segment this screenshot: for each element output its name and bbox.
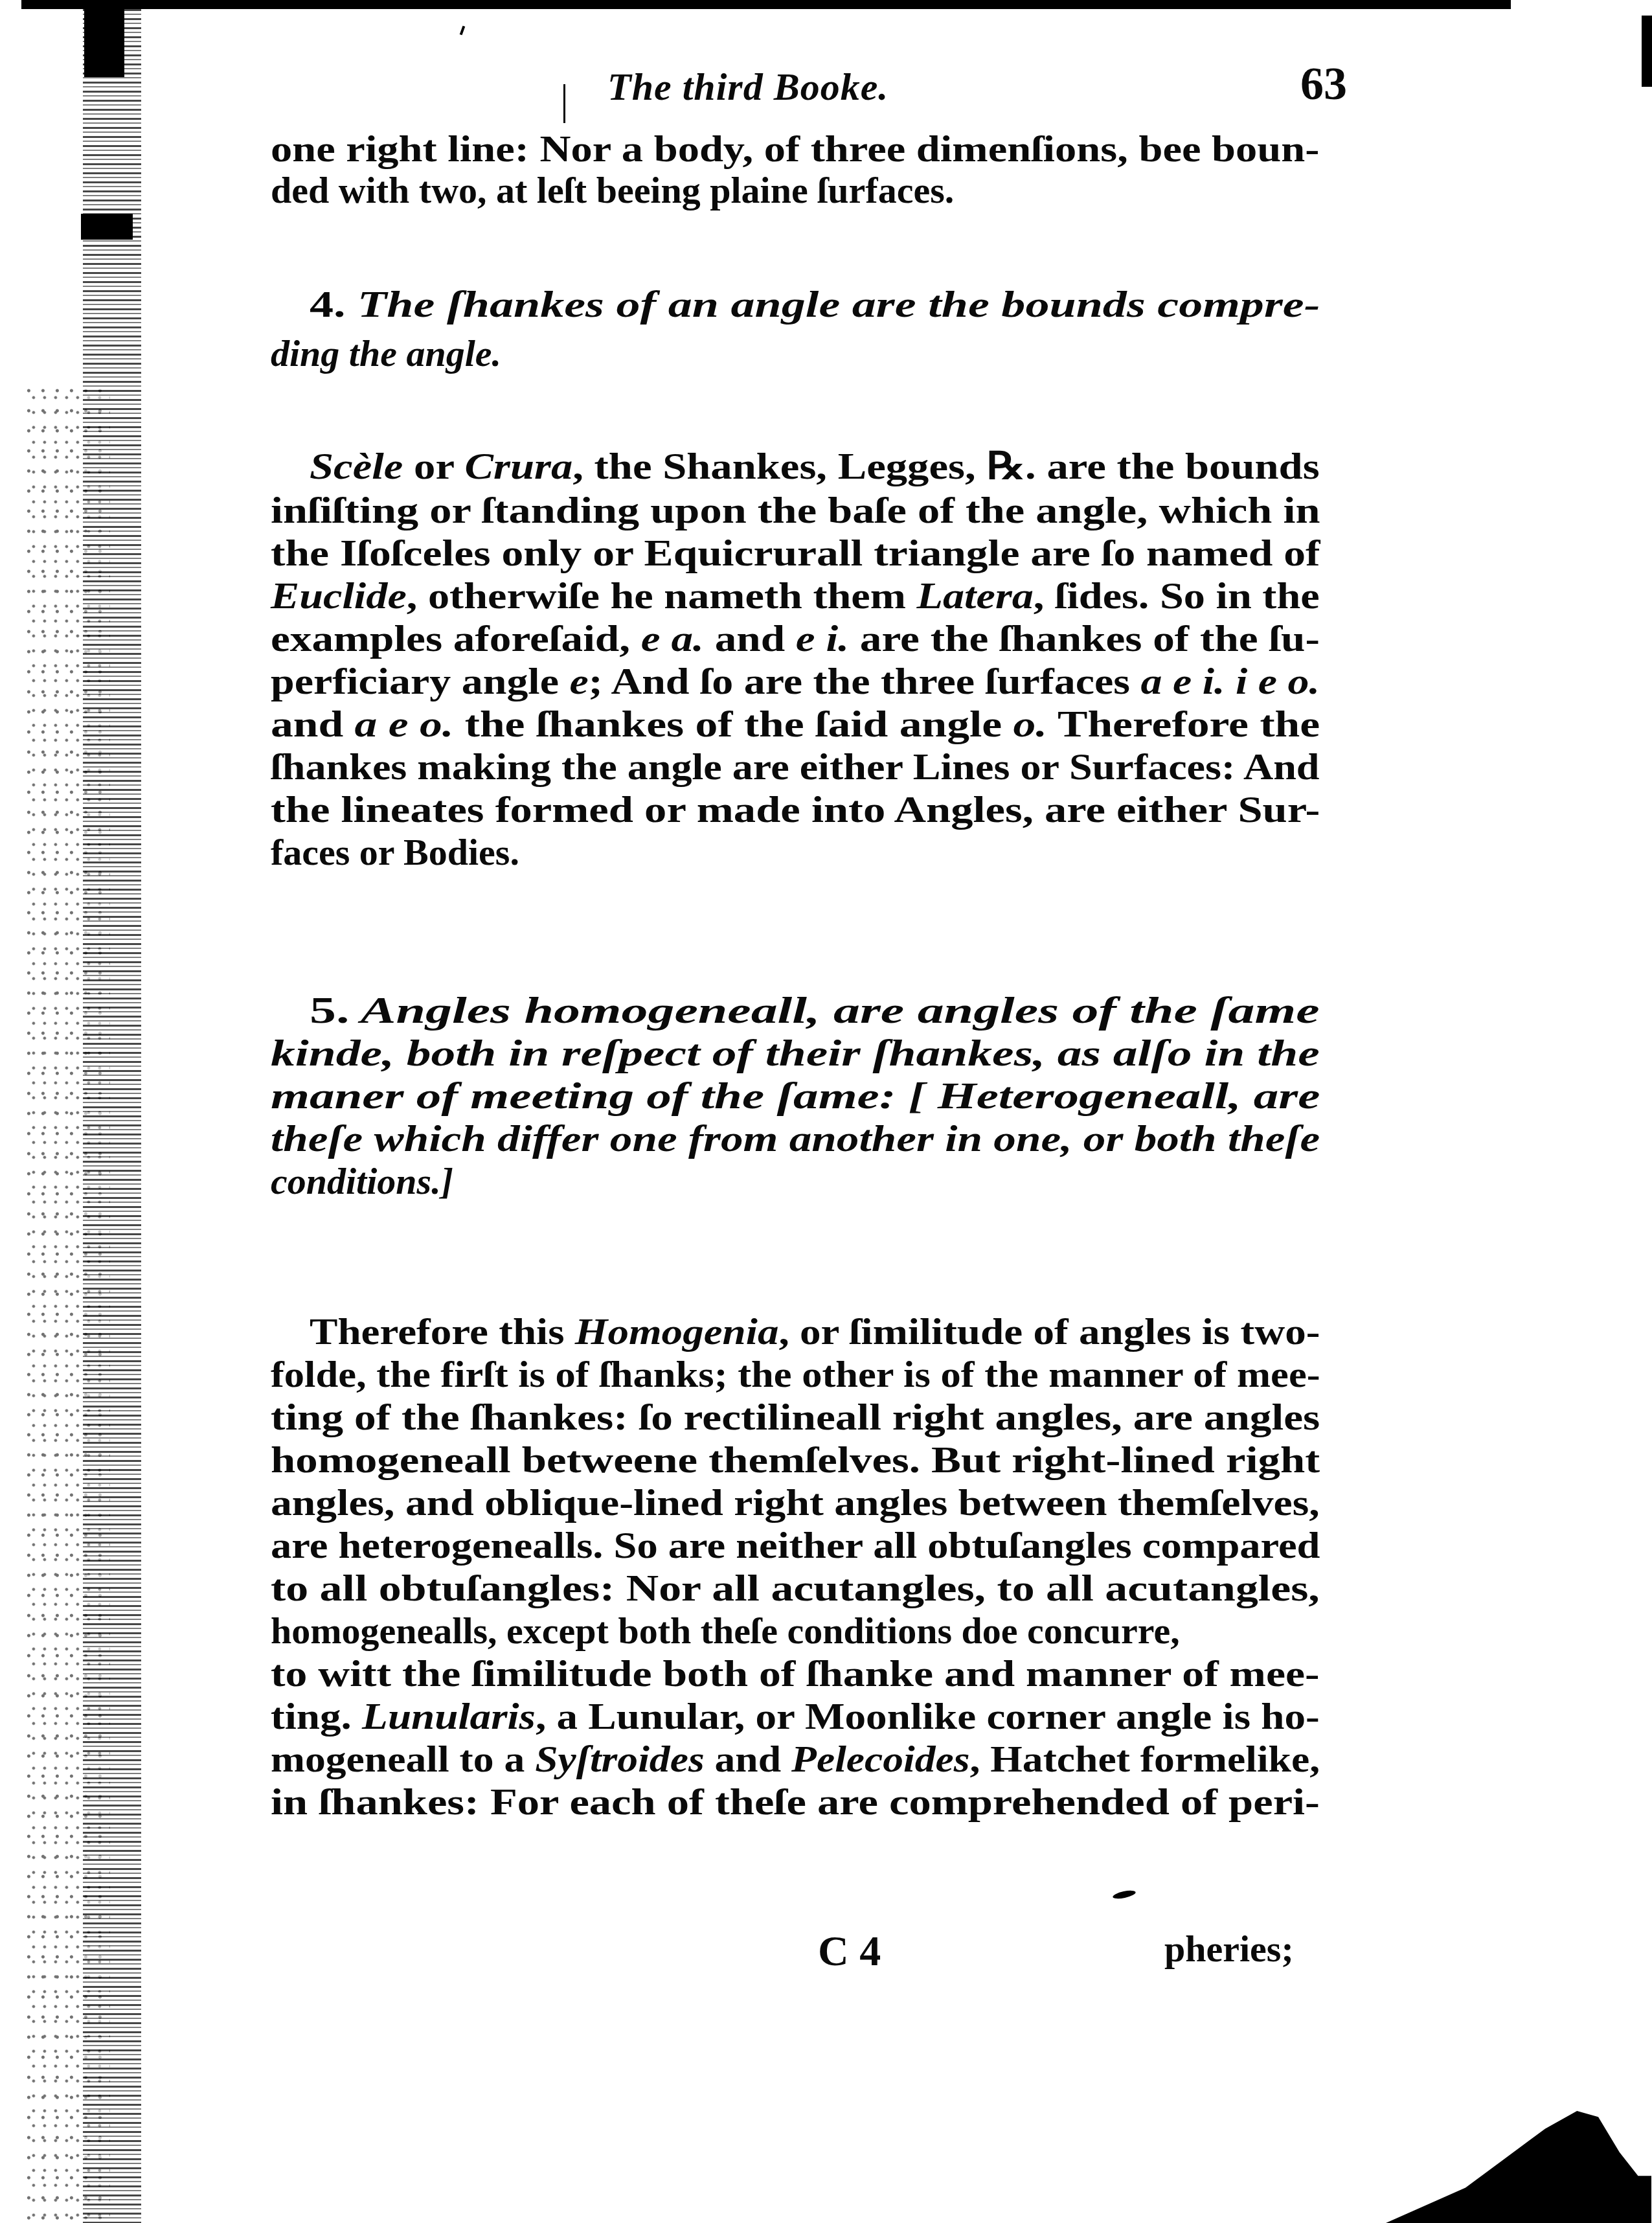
latin-term: Pelecoides xyxy=(791,1738,970,1780)
definition-line: theſe which differ one from another in o… xyxy=(271,1118,1320,1159)
binding-gutter-shadow xyxy=(83,9,141,2223)
text-line: examples aforeſaid, e a. and e i. are th… xyxy=(271,618,1320,659)
text-line: the lineates formed or made into Angles,… xyxy=(271,789,1320,830)
text-run: perficiary angle xyxy=(271,660,569,702)
text-run: , or ſimilitude of angles is two- xyxy=(778,1310,1320,1352)
ink-blot xyxy=(1112,1889,1136,1900)
text-line: and a e o. the ſhankes of the ſaid angle… xyxy=(271,703,1320,745)
text-line: Euclide, otherwiſe he nameth them Latera… xyxy=(271,575,1320,617)
text-line: perficiary angle e; And ſo are the three… xyxy=(271,661,1320,702)
text-line: faces or Bodies. xyxy=(271,832,519,873)
text-line: to witt the ſimilitude both of ſhanke an… xyxy=(271,1653,1320,1694)
text-line: in ſhankes: For each of theſe are compre… xyxy=(271,1781,1320,1823)
ink-tick xyxy=(460,26,466,36)
definition-line: ding the angle. xyxy=(271,333,501,374)
text-line: homogenealls, except both theſe conditio… xyxy=(271,1610,1180,1652)
figure-label: e i. xyxy=(796,617,849,659)
text-line: ting. Lunularis, a Lunular, or Moonlike … xyxy=(271,1696,1320,1737)
definition-line: 5. Angles homogeneall, are angles of the… xyxy=(310,990,1320,1031)
text-run: , the Shankes, Legges, ℞. are the bounds xyxy=(572,445,1319,487)
text-line: one right line: Nor a body, of three dim… xyxy=(271,128,1319,170)
text-run: mogeneall to a xyxy=(271,1738,535,1780)
text-run: , ſides. So in the xyxy=(1034,575,1320,617)
figure-label: e a. xyxy=(641,617,704,659)
figure-label: a e i. i e o. xyxy=(1140,660,1320,702)
text-line: are heterogenealls. So are neither all o… xyxy=(271,1525,1320,1566)
text-line: angles, and oblique-lined right angles b… xyxy=(271,1482,1320,1523)
binding-dark-patch xyxy=(81,214,133,240)
text-run: and xyxy=(704,617,796,659)
definition-line: kinde, both in reſpect of their ſhankes,… xyxy=(271,1032,1320,1074)
text-line: the Iſoſceles only or Equicrurall triang… xyxy=(271,532,1320,574)
text-run: Therefore the xyxy=(1047,703,1320,745)
text-run: and xyxy=(705,1738,791,1780)
text-run: or xyxy=(403,445,464,487)
text-run: , Hatchet formelike, xyxy=(970,1738,1320,1780)
figure-label: o. xyxy=(1013,703,1047,745)
definition-line: conditions.] xyxy=(271,1161,453,1202)
latin-term: Euclide xyxy=(271,575,407,617)
text-line: homogeneall betweene themſelves. But rig… xyxy=(271,1439,1320,1481)
text-run: examples aforeſaid, xyxy=(271,617,641,659)
definition-number: 5. xyxy=(310,989,349,1031)
text-run: the ſhankes of the ſaid angle xyxy=(453,703,1013,745)
text-run: ting. xyxy=(271,1695,362,1737)
definition-text: The ſhankes of an angle are the bounds c… xyxy=(357,283,1320,325)
signature-mark: C 4 xyxy=(818,1927,881,1976)
latin-term: Syſtroides xyxy=(535,1738,705,1780)
text-run: are the ſhankes of the ſu- xyxy=(849,617,1320,659)
definition-line: 4. The ſhankes of an angle are the bound… xyxy=(310,284,1320,325)
text-line: Therefore this Homogenia, or ſimilitude … xyxy=(310,1311,1320,1352)
latin-term: Crura xyxy=(464,445,572,487)
definition-line: maner of meeting of the ſame: [ Heteroge… xyxy=(271,1075,1320,1117)
definition-text: Angles homogeneall, are angles of the ſa… xyxy=(361,989,1320,1031)
latin-term: Scèle xyxy=(310,445,403,487)
text-line: ting of the ſhankes: ſo rectilineall rig… xyxy=(271,1396,1320,1438)
catchword: pheries; xyxy=(1164,1927,1294,1970)
page-number: 63 xyxy=(1300,57,1347,111)
latin-term: Lunularis xyxy=(362,1695,536,1737)
text-line: inſiſting or ſtanding upon the baſe of t… xyxy=(271,490,1320,531)
text-run: and xyxy=(271,703,355,745)
text-line: mogeneall to a Syſtroides and Pelecoides… xyxy=(271,1738,1320,1780)
text-run: , a Lunular, or Moonlike corner angle is… xyxy=(536,1695,1320,1737)
definition-number: 4. xyxy=(310,283,346,325)
text-run: ; And ſo are the three ſurfaces xyxy=(589,660,1141,702)
text-line: to all obtuſangles: Nor all acutangles, … xyxy=(271,1567,1320,1609)
running-head-title: The third Booke. xyxy=(607,65,888,109)
latin-term: Homogenia xyxy=(575,1310,779,1352)
text-line: Scèle or Crura, the Shankes, Legges, ℞. … xyxy=(310,446,1320,487)
scan-corner-shadow xyxy=(1386,2105,1651,2223)
figure-label: e xyxy=(569,660,588,702)
figure-label: a e o. xyxy=(355,703,454,745)
latin-term: Latera xyxy=(916,575,1033,617)
scan-edge-mark xyxy=(1642,16,1652,87)
head-rule xyxy=(563,84,565,123)
scan-top-edge xyxy=(21,0,1511,9)
text-line: ſhankes making the angle are either Line… xyxy=(271,746,1320,788)
text-line: ded with two, at leſt beeing plaine ſurf… xyxy=(271,170,954,211)
binding-dark-patch xyxy=(84,9,124,77)
text-run: , otherwiſe he nameth them xyxy=(407,575,917,617)
text-run: Therefore this xyxy=(310,1310,575,1352)
text-line: folde, the firſt is of ſhanks; the other… xyxy=(271,1354,1320,1395)
